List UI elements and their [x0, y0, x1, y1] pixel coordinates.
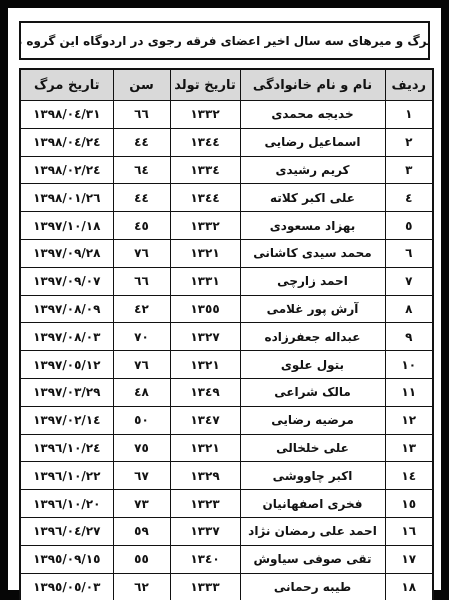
header-death-date: تاریخ مرگ: [20, 69, 113, 101]
cell-row-number: ٨: [385, 295, 433, 323]
cell-row-number: ١٨: [385, 573, 433, 600]
table-row: ١١ مالک شراعی ١٣٤٩ ٤٨ ١٣٩٧/٠٣/٢٩: [20, 378, 433, 406]
cell-death-date: ١٣٩٥/٠٩/١٥: [20, 545, 113, 573]
table-row: ٩ عبداله جعفرزاده ١٣٢٧ ٧٠ ١٣٩٧/٠٨/٠٣: [20, 323, 433, 351]
cell-row-number: ٩: [385, 323, 433, 351]
cell-name: اسماعیل رضایی: [240, 128, 385, 156]
table-row: ٧ احمد زارچی ١٣٣١ ٦٦ ١٣٩٧/٠٩/٠٧: [20, 267, 433, 295]
cell-death-date: ١٣٩٥/٠٥/٠٣: [20, 573, 113, 600]
cell-row-number: ١٧: [385, 545, 433, 573]
document-canvas: { "title": "اسامی مرگ و میرهای سه سال اخ…: [0, 0, 449, 600]
cell-row-number: ١٥: [385, 490, 433, 518]
cell-death-date: ١٣٩٦/١٠/٢٢: [20, 462, 113, 490]
cell-name: بتول علوی: [240, 351, 385, 379]
header-age: سن: [113, 69, 170, 101]
cell-birth-date: ١٣٣١: [170, 267, 240, 295]
table-row: ١٦ احمد علی رمضان نژاد ١٣٣٧ ٥٩ ١٣٩٦/٠٤/٢…: [20, 517, 433, 545]
cell-row-number: ١٢: [385, 406, 433, 434]
table-row: ١٠ بتول علوی ١٣٢١ ٧٦ ١٣٩٧/٠٥/١٢: [20, 351, 433, 379]
cell-name: مرضیه رضایی: [240, 406, 385, 434]
table-row: ٣ کریم رشیدی ١٣٣٤ ٦٤ ١٣٩٨/٠٢/٢٤: [20, 156, 433, 184]
cell-age: ٧٣: [113, 490, 170, 518]
cell-birth-date: ١٣٣٢: [170, 212, 240, 240]
cell-name: بهزاد مسعودی: [240, 212, 385, 240]
cell-birth-date: ١٣٥٥: [170, 295, 240, 323]
cell-row-number: ١٠: [385, 351, 433, 379]
cell-birth-date: ١٣٢٩: [170, 462, 240, 490]
cell-name: کریم رشیدی: [240, 156, 385, 184]
document-page: اسامی مرگ و میرهای سه سال اخیر اعضای فرق…: [8, 8, 441, 590]
cell-age: ٦٦: [113, 267, 170, 295]
cell-row-number: ١: [385, 101, 433, 129]
cell-name: اکبر چاووشی: [240, 462, 385, 490]
cell-row-number: ٣: [385, 156, 433, 184]
table-row: ١٥ فخری اصفهانیان ١٣٢٣ ٧٣ ١٣٩٦/١٠/٢٠: [20, 490, 433, 518]
cell-death-date: ١٣٩٨/٠١/٢٦: [20, 184, 113, 212]
cell-age: ٤٤: [113, 184, 170, 212]
cell-birth-date: ١٣٣٤: [170, 156, 240, 184]
cell-name: طیبه رحمانی: [240, 573, 385, 600]
cell-row-number: ٢: [385, 128, 433, 156]
cell-birth-date: ١٣٤٠: [170, 545, 240, 573]
cell-row-number: ٦: [385, 239, 433, 267]
cell-birth-date: ١٣٤٧: [170, 406, 240, 434]
cell-age: ٤٤: [113, 128, 170, 156]
cell-death-date: ١٣٩٦/١٠/٢٠: [20, 490, 113, 518]
cell-birth-date: ١٣٢٧: [170, 323, 240, 351]
cell-death-date: ١٣٩٧/٠٩/٢٨: [20, 239, 113, 267]
cell-birth-date: ١٣٢١: [170, 434, 240, 462]
cell-death-date: ١٣٩٧/٠٩/٠٧: [20, 267, 113, 295]
table-row: ٨ آرش پور غلامی ١٣٥٥ ٤٢ ١٣٩٧/٠٨/٠٩: [20, 295, 433, 323]
table-row: ١ خدیجه محمدی ١٣٣٢ ٦٦ ١٣٩٨/٠٤/٣١: [20, 101, 433, 129]
cell-name: علی اکبر کلاته: [240, 184, 385, 212]
cell-age: ٤٢: [113, 295, 170, 323]
cell-birth-date: ١٣٤٤: [170, 128, 240, 156]
cell-death-date: ١٣٩٦/١٠/٢٤: [20, 434, 113, 462]
table-row: ١٨ طیبه رحمانی ١٣٣٣ ٦٢ ١٣٩٥/٠٥/٠٣: [20, 573, 433, 600]
cell-age: ٦٤: [113, 156, 170, 184]
cell-age: ٤٨: [113, 378, 170, 406]
header-row-number: ردیف: [385, 69, 433, 101]
cell-age: ٦٢: [113, 573, 170, 600]
cell-death-date: ١٣٩٦/٠٤/٢٧: [20, 517, 113, 545]
cell-death-date: ١٣٩٨/٠٢/٢٤: [20, 156, 113, 184]
cell-row-number: ١٤: [385, 462, 433, 490]
cell-name: احمد علی رمضان نژاد: [240, 517, 385, 545]
cell-row-number: ١١: [385, 378, 433, 406]
cell-birth-date: ١٣٤٤: [170, 184, 240, 212]
table-row: ١٤ اکبر چاووشی ١٣٢٩ ٦٧ ١٣٩٦/١٠/٢٢: [20, 462, 433, 490]
cell-age: ٥٩: [113, 517, 170, 545]
cell-age: ٧٦: [113, 351, 170, 379]
cell-age: ٥٥: [113, 545, 170, 573]
cell-name: فخری اصفهانیان: [240, 490, 385, 518]
cell-birth-date: ١٣٤٩: [170, 378, 240, 406]
header-birth-date: تاریخ تولد: [170, 69, 240, 101]
cell-birth-date: ١٣٣٢: [170, 101, 240, 129]
cell-row-number: ٤: [385, 184, 433, 212]
cell-birth-date: ١٣٣٧: [170, 517, 240, 545]
cell-death-date: ١٣٩٨/٠٤/٢٤: [20, 128, 113, 156]
table-row: ٦ محمد سیدی کاشانی ١٣٢١ ٧٦ ١٣٩٧/٠٩/٢٨: [20, 239, 433, 267]
cell-age: ٦٧: [113, 462, 170, 490]
cell-name: مالک شراعی: [240, 378, 385, 406]
cell-age: ٧٦: [113, 239, 170, 267]
table-row: ٢ اسماعیل رضایی ١٣٤٤ ٤٤ ١٣٩٨/٠٤/٢٤: [20, 128, 433, 156]
cell-name: احمد زارچی: [240, 267, 385, 295]
cell-row-number: ٧: [385, 267, 433, 295]
cell-row-number: ١٦: [385, 517, 433, 545]
cell-name: آرش پور غلامی: [240, 295, 385, 323]
cell-death-date: ١٣٩٧/٠٣/٢٩: [20, 378, 113, 406]
cell-row-number: ٥: [385, 212, 433, 240]
cell-age: ٧٥: [113, 434, 170, 462]
table-row: ١٧ تقی صوفی سیاوش ١٣٤٠ ٥٥ ١٣٩٥/٠٩/١٥: [20, 545, 433, 573]
cell-age: ٦٦: [113, 101, 170, 129]
table-row: ١٣ علی خلخالی ١٣٢١ ٧٥ ١٣٩٦/١٠/٢٤: [20, 434, 433, 462]
table-row: ٥ بهزاد مسعودی ١٣٣٢ ٤٥ ١٣٩٧/١٠/١٨: [20, 212, 433, 240]
cell-birth-date: ١٣٣٣: [170, 573, 240, 600]
cell-age: ٧٠: [113, 323, 170, 351]
table-row: ٤ علی اکبر کلاته ١٣٤٤ ٤٤ ١٣٩٨/٠١/٢٦: [20, 184, 433, 212]
deaths-table: ردیف نام و نام خانوادگی تاریخ تولد سن تا…: [19, 68, 434, 600]
table-row: ١٢ مرضیه رضایی ١٣٤٧ ٥٠ ١٣٩٧/٠٢/١٤: [20, 406, 433, 434]
cell-name: خدیجه محمدی: [240, 101, 385, 129]
cell-name: عبداله جعفرزاده: [240, 323, 385, 351]
cell-birth-date: ١٣٢١: [170, 239, 240, 267]
cell-death-date: ١٣٩٧/٠٥/١٢: [20, 351, 113, 379]
cell-name: تقی صوفی سیاوش: [240, 545, 385, 573]
cell-death-date: ١٣٩٨/٠٤/٣١: [20, 101, 113, 129]
cell-death-date: ١٣٩٧/٠٨/٠٩: [20, 295, 113, 323]
cell-birth-date: ١٣٢١: [170, 351, 240, 379]
cell-name: علی خلخالی: [240, 434, 385, 462]
cell-name: محمد سیدی کاشانی: [240, 239, 385, 267]
cell-birth-date: ١٣٢٣: [170, 490, 240, 518]
header-name: نام و نام خانوادگی: [240, 69, 385, 101]
title-box: اسامی مرگ و میرهای سه سال اخیر اعضای فرق…: [19, 21, 430, 60]
document-title: اسامی مرگ و میرهای سه سال اخیر اعضای فرق…: [19, 34, 430, 48]
cell-death-date: ١٣٩٧/٠٨/٠٣: [20, 323, 113, 351]
cell-death-date: ١٣٩٧/١٠/١٨: [20, 212, 113, 240]
cell-age: ٤٥: [113, 212, 170, 240]
table-header-row: ردیف نام و نام خانوادگی تاریخ تولد سن تا…: [20, 69, 433, 101]
cell-age: ٥٠: [113, 406, 170, 434]
cell-death-date: ١٣٩٧/٠٢/١٤: [20, 406, 113, 434]
cell-row-number: ١٣: [385, 434, 433, 462]
